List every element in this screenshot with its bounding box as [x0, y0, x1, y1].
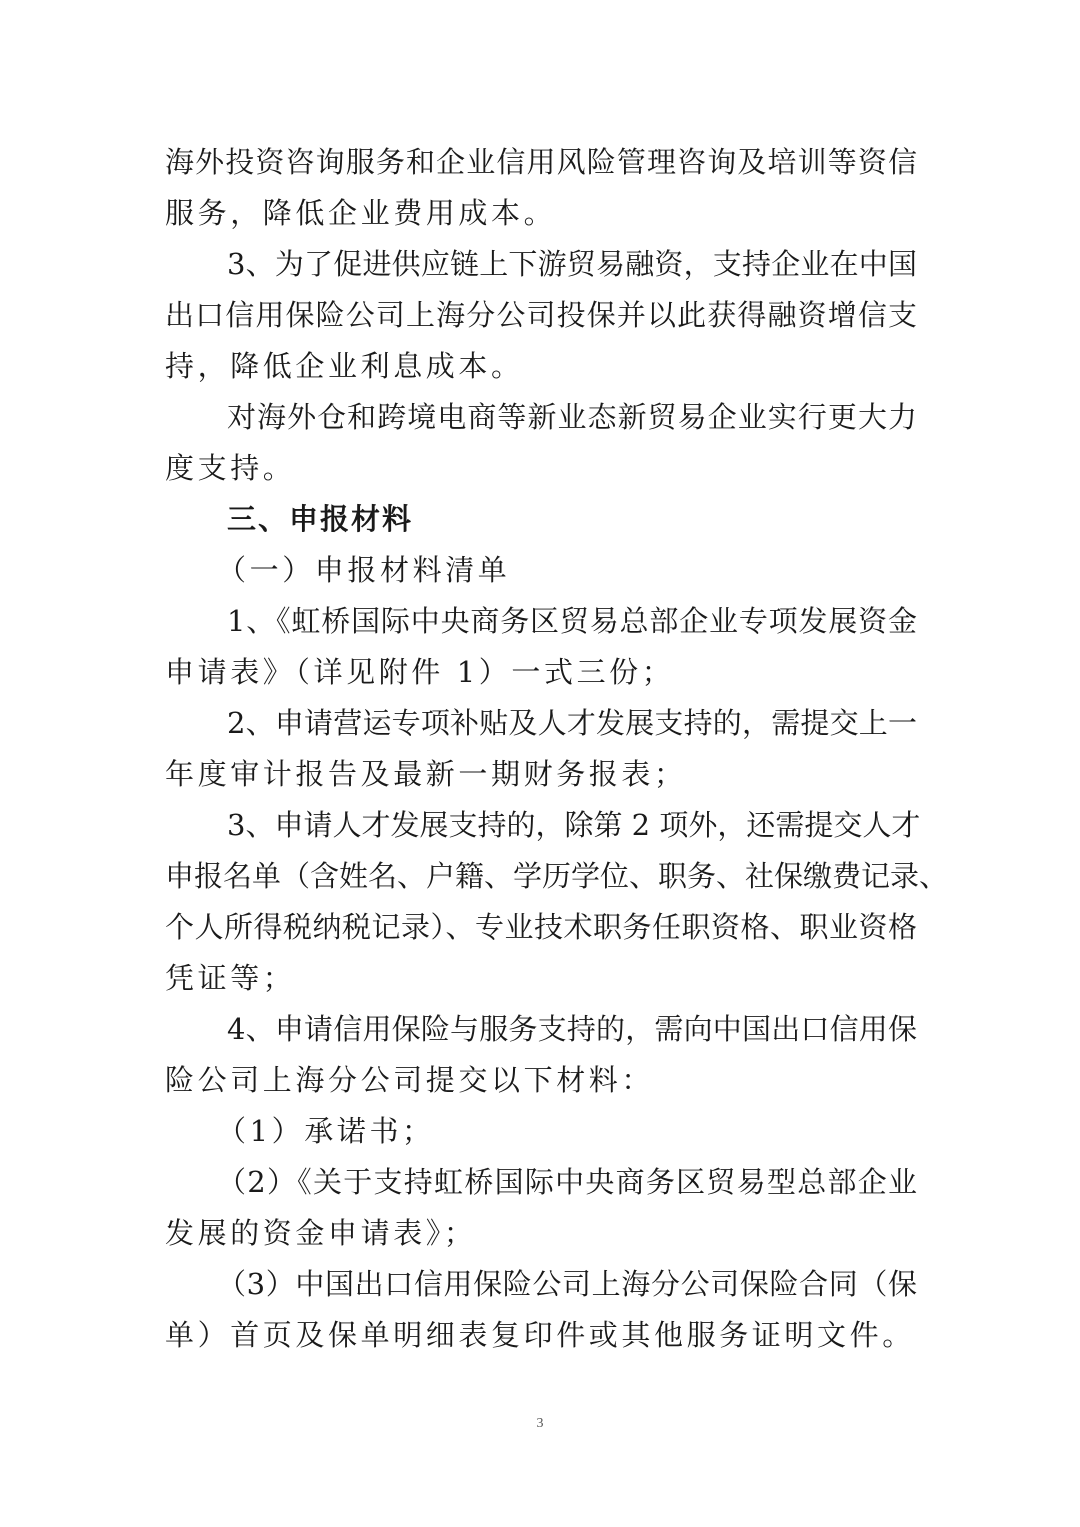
paragraph-line: 申报名单（含姓名、户籍、学历学位、职务、社保缴费记录、	[165, 851, 917, 902]
section-heading: 三、申报材料	[165, 494, 917, 545]
page-number: 3	[0, 1416, 1080, 1432]
paragraph-line: 对海外仓和跨境电商等新业态新贸易企业实行更大力	[165, 392, 917, 443]
paragraph-line: 发展的资金申请表》；	[165, 1208, 917, 1259]
document-page: 海外投资咨询服务和企业信用风险管理咨询及培训等资信 服务，降低企业费用成本。 3…	[0, 0, 1080, 1527]
paragraph-line: 个人所得税纳税记录）、专业技术职务任职资格、职业资格	[165, 902, 917, 953]
paragraph-line: 1、《虹桥国际中央商务区贸易总部企业专项发展资金	[165, 596, 917, 647]
paragraph-line: （2）《关于支持虹桥国际中央商务区贸易型总部企业	[165, 1157, 917, 1208]
paragraph-line: 海外投资咨询服务和企业信用风险管理咨询及培训等资信	[165, 137, 917, 188]
paragraph-line: 申请表》（详见附件 1）一式三份；	[165, 647, 917, 698]
document-body: 海外投资咨询服务和企业信用风险管理咨询及培训等资信 服务，降低企业费用成本。 3…	[165, 137, 917, 1361]
paragraph-line: （3）中国出口信用保险公司上海分公司保险合同（保	[165, 1259, 917, 1310]
paragraph-line: 单）首页及保单明细表复印件或其他服务证明文件。	[165, 1310, 917, 1361]
paragraph-line: 险公司上海分公司提交以下材料：	[165, 1055, 917, 1106]
paragraph-line: 服务，降低企业费用成本。	[165, 188, 917, 239]
paragraph-line: 度支持。	[165, 443, 917, 494]
paragraph-line: 3、为了促进供应链上下游贸易融资，支持企业在中国	[165, 239, 917, 290]
paragraph-line: 3、申请人才发展支持的，除第 2 项外，还需提交人才	[165, 800, 917, 851]
paragraph-line: 2、申请营运专项补贴及人才发展支持的，需提交上一	[165, 698, 917, 749]
paragraph-line: 年度审计报告及最新一期财务报表；	[165, 749, 917, 800]
paragraph-line: 凭证等；	[165, 953, 917, 1004]
paragraph-line: 持，降低企业利息成本。	[165, 341, 917, 392]
paragraph-line: （1）承诺书；	[165, 1106, 917, 1157]
paragraph-line: 出口信用保险公司上海分公司投保并以此获得融资增信支	[165, 290, 917, 341]
subsection-heading: （一）申报材料清单	[165, 545, 917, 596]
paragraph-line: 4、申请信用保险与服务支持的，需向中国出口信用保	[165, 1004, 917, 1055]
